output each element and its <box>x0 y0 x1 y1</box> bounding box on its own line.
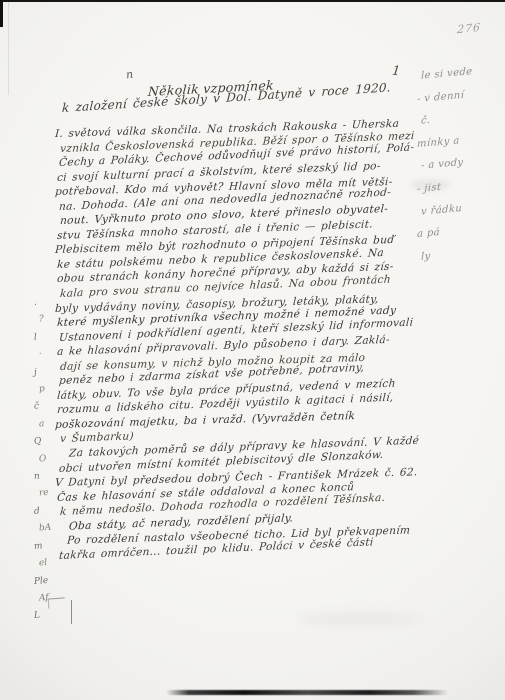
pencil-bracket-mark <box>48 597 66 608</box>
section-mark: 1 <box>391 64 401 80</box>
margin-mark: j <box>33 363 60 382</box>
paper-smudge <box>300 612 420 626</box>
scan-edge-corner <box>0 0 3 27</box>
margin-mark: L <box>33 606 60 625</box>
manuscript-body: I. světová válka skončila. Na troskách R… <box>57 127 427 563</box>
margin-mark: m <box>33 537 60 556</box>
margin-mark: l <box>33 328 60 347</box>
lead-squiggle-mark: n <box>125 68 134 82</box>
margin-mark: re <box>33 485 60 504</box>
margin-mark: O <box>33 450 60 469</box>
margin-mark: el <box>33 554 60 573</box>
margin-mark: bA <box>33 519 60 538</box>
margin-mark: ? <box>33 311 60 330</box>
scanned-manuscript-page: 276 n 1 Několik vzpomínek k založení čes… <box>0 0 505 700</box>
scan-edge-top <box>0 0 505 2</box>
margin-mark: Ple <box>33 572 60 591</box>
paper-fold-line <box>8 2 9 95</box>
margin-mark: · <box>33 345 60 364</box>
right-margin-notes: le si vede - v denní č. mínky a - a vody… <box>417 66 505 269</box>
margin-mark: č <box>33 398 60 417</box>
margin-mark: Q <box>33 432 60 451</box>
left-margin-marks: . ? l · j p č a Q O n re d bA m el Ple A… <box>34 294 60 625</box>
ink-smudge-bottom <box>166 690 448 695</box>
page-number: 276 <box>457 21 482 37</box>
pencil-tick-mark <box>71 600 72 624</box>
